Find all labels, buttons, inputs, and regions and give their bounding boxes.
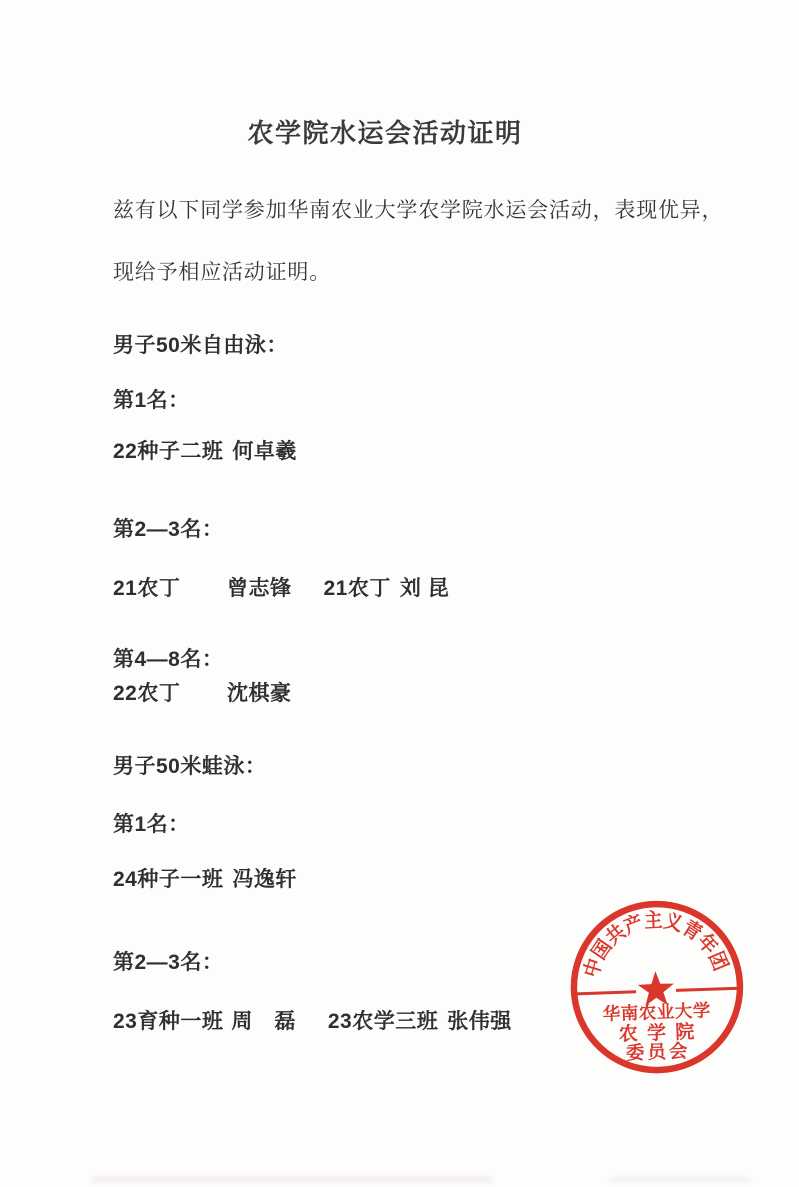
committee-seal-stamp: 中国共产主义青年团 华南农业大学 农 学 院 委员会 [554,884,765,1095]
winner-entry: 23育种一班 周 磊 [113,1005,296,1035]
winners-line: 21农丁 曾志锋 21农丁 刘 昆 [113,572,449,602]
stamp-arc-text: 中国共产主义青年团 [576,906,732,981]
rank-label: 第4—8名： [113,643,223,673]
winner-class: 24种子一班 [113,863,223,893]
winner-name: 冯逸轩 [232,863,297,893]
intro-line-1: 兹有以下同学参加华南农业大学农学院水运会活动，表现优异， [113,194,723,224]
stamp-line-committee: 委员会 [626,1040,691,1063]
winner-entry: 23农学三班 张伟强 [328,1005,512,1035]
rank-label: 第1名： [113,808,190,838]
winner-name: 曾志锋 [227,572,292,602]
winner-entry: 24种子一班 冯逸轩 [113,863,297,893]
winner-class: 21农丁 [113,572,227,602]
document-title: 农学院水运会活动证明 [0,113,770,150]
stamp-left-rule [573,992,636,994]
winner-name: 沈棋豪 [227,677,292,707]
winners-line: 24种子一班 冯逸轩 [113,863,297,893]
winner-class: 22农丁 [113,677,227,707]
page-bottom-scan-artifact [92,1176,492,1183]
rank-label: 第1名： [113,384,190,414]
scanned-certificate-page: 农学院水运会活动证明 兹有以下同学参加华南农业大学农学院水运会活动，表现优异， … [0,0,799,1187]
stamp-line-university: 华南农业大学 [602,1000,711,1024]
svg-text:中国共产主义青年团: 中国共产主义青年团 [576,906,732,981]
rank-label: 第2—3名： [113,946,223,976]
winner-name: 何卓羲 [232,435,297,465]
winner-name: 刘 昆 [400,572,449,602]
event-title-freestyle: 男子50米自由泳： [113,329,288,359]
page-bottom-scan-artifact [610,1177,750,1182]
intro-line-2: 现给予相应活动证明。 [113,256,331,286]
winner-name: 张伟强 [447,1005,512,1035]
winner-entry: 21农丁 刘 昆 [324,572,450,602]
winner-name: 周 磊 [231,1005,296,1035]
winners-line: 22种子二班 何卓羲 [113,435,297,465]
winner-class: 21农丁 [324,572,391,602]
winners-line: 22农丁 沈棋豪 [113,677,292,707]
winner-entry: 21农丁 曾志锋 [113,572,292,602]
event-title-breaststroke: 男子50米蛙泳： [113,750,266,780]
winner-entry: 22农丁 沈棋豪 [113,677,292,707]
winner-class: 22种子二班 [113,435,223,465]
winner-class: 23农学三班 [328,1005,438,1035]
winners-line: 23育种一班 周 磊 23农学三班 张伟强 [113,1005,512,1035]
winner-entry: 22种子二班 何卓羲 [113,435,297,465]
rank-label: 第2—3名： [113,513,223,543]
winner-class: 23育种一班 [113,1005,223,1035]
stamp-right-rule [676,988,739,990]
